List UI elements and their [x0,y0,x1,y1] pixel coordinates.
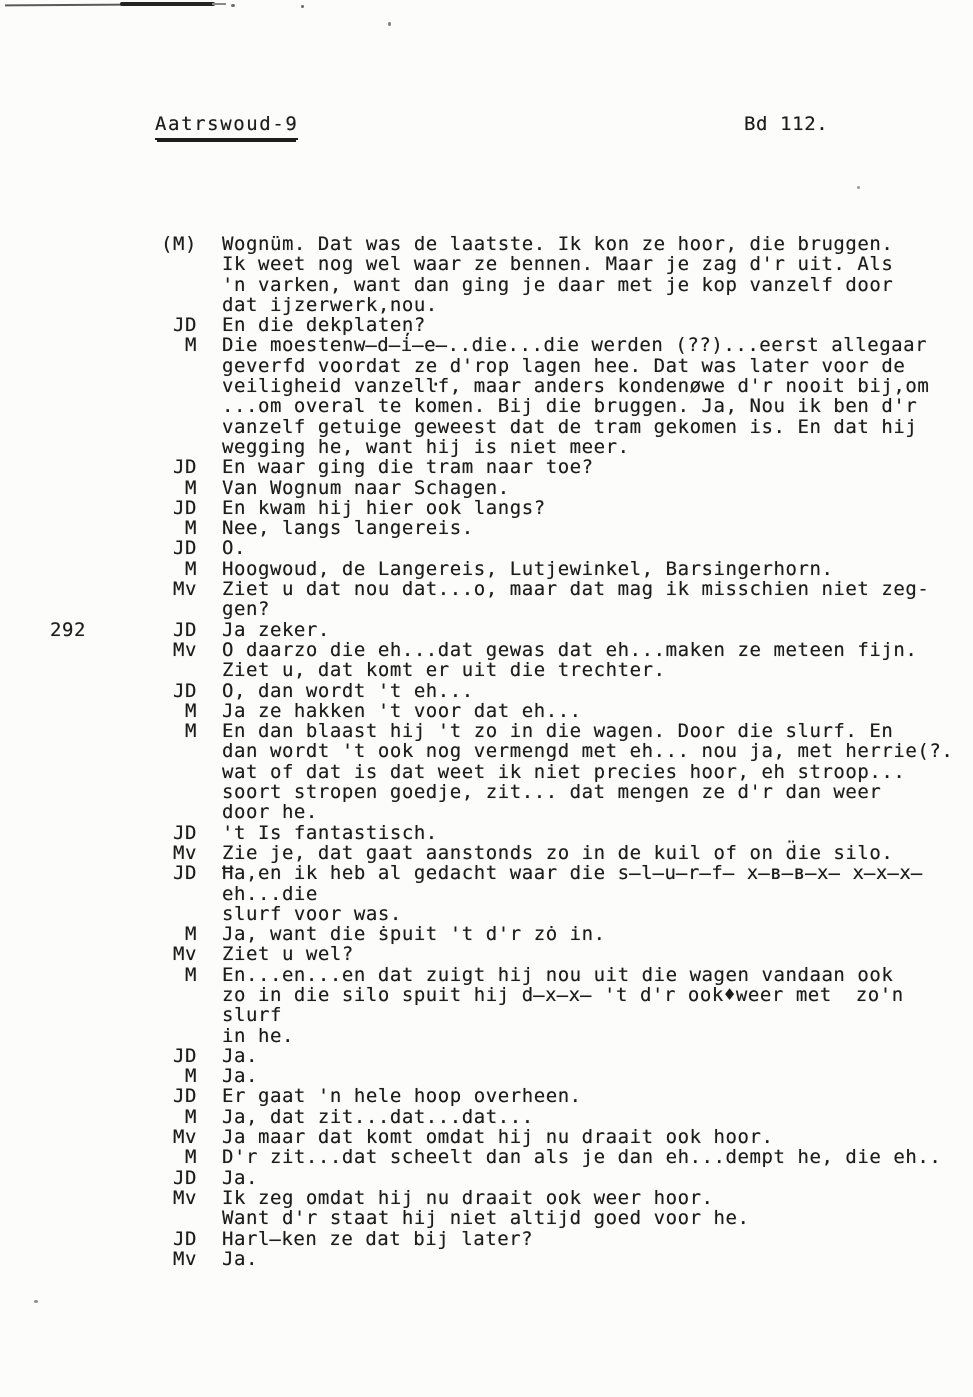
utterance-text: D'r zit...dat scheelt dan als je dan eh.… [197,1147,969,1167]
speaker-label: (M) [105,234,197,254]
transcript-entry: MEn dan blaast hij 't zo in die wagen. D… [50,721,969,822]
speaker-label: Mv [105,1127,197,1147]
transcript-entry: JDO, dan wordt 't eh... [50,681,969,701]
transcript-entry: JDHarl̶ken ze dat bij later? [50,1229,969,1249]
speaker-label: M [105,965,197,985]
transcript-entry: MvIk zeg omdat hij nu draait ook weer ho… [50,1188,969,1229]
transcript-entry: MD'r zit...dat scheelt dan als je dan eh… [50,1147,969,1167]
transcript-entry: MvZie je, dat gaat aanstonds zo in de ku… [50,843,969,863]
utterance-text: Ziet u dat nou dat...o, maar dat mag ik … [197,579,969,620]
utterance-text: En die dekplateņ? [197,315,969,335]
speaker-label: Mv [105,640,197,660]
band-reference: Bd 112. [744,113,828,135]
transcript-entry: MJa, want die ṡpuit 't d'r zȯ in. [50,924,969,944]
transcript-entry: MJa. [50,1066,969,1086]
utterance-text: O. [197,538,969,558]
speaker-label: Mv [105,843,197,863]
speaker-label: JD [105,498,197,518]
transcript-body: (M)Wognüm. Dat was de laatste. Ik kon ze… [50,234,969,1269]
transcript-entry: JDJa. [50,1168,969,1188]
scan-speck [388,22,391,26]
speaker-label: M [105,518,197,538]
speaker-label: JD [105,1046,197,1066]
transcript-entry: MEn...en...en dat zuigt hij nou uit die … [50,965,969,1046]
utterance-text: Harl̶ken ze dat bij later? [197,1229,969,1249]
utterance-text: Ħa,en ik heb al gedacht waar die s̶l̶u̶r… [197,863,969,924]
transcript-entry: 292JDJa zeker. [50,620,969,640]
transcript-entry: JD't Is fantastisch. [50,823,969,843]
transcript-entry: MvJa maar dat komt omdat hij nu draait o… [50,1127,969,1147]
transcript-entry: JDEn waar ging die tram naar toe? [50,457,969,477]
speaker-label: JD [105,538,197,558]
utterance-text: Die moestenw̶d̶i̶e̶..die...die werden (?… [197,335,969,457]
utterance-text: Ja. [197,1046,969,1066]
speaker-label: Mv [105,1249,197,1269]
margin-page-number: 292 [50,620,105,640]
utterance-text: Zie je, dat gaat aanstonds zo in de kuil… [197,843,969,863]
speaker-label: Mv [105,1188,197,1208]
utterance-text: Hoogwoud, de Langereis, Lutjewinkel, Bar… [197,559,969,579]
utterance-text: En...en...en dat zuigt hij nou uit die w… [197,965,969,1046]
speaker-label: JD [105,1168,197,1188]
speaker-label: JD [105,1086,197,1106]
document-title: Aatrswoud-9 [155,113,298,140]
utterance-text: En waar ging die tram naar toe? [197,457,969,477]
speaker-label: M [105,701,197,721]
speaker-label: JD [105,1229,197,1249]
utterance-text: Van Wognum naar Schagen. [197,478,969,498]
speaker-label: Mv [105,579,197,599]
speaker-label: JD [105,863,197,883]
scan-smudge-line [5,4,125,7]
utterance-text: Nee, langs langereis. [197,518,969,538]
transcript-entry: JDO. [50,538,969,558]
utterance-text: Ziet u wel? [197,944,969,964]
transcript-entry: MvO daarzo die eh...dat gewas dat eh...m… [50,640,969,681]
transcript-entry: MvZiet u wel? [50,944,969,964]
speaker-label: M [105,559,197,579]
transcript-entry: MHoogwoud, de Langereis, Lutjewinkel, Ba… [50,559,969,579]
utterance-text: Ja, want die ṡpuit 't d'r zȯ in. [197,924,969,944]
utterance-text: Ja zeker. [197,620,969,640]
utterance-text: O daarzo die eh...dat gewas dat eh...mak… [197,640,969,681]
transcript-entry: JDJa. [50,1046,969,1066]
utterance-text: Ja maar dat komt omdat hij nu draait ook… [197,1127,969,1147]
speaker-label: JD [105,620,197,640]
transcript-entry: JDEn kwam hij hier ook langs? [50,498,969,518]
utterance-text: Wognüm. Dat was de laatste. Ik kon ze ho… [197,234,969,315]
transcript-entry: MvZiet u dat nou dat...o, maar dat mag i… [50,579,969,620]
scan-speck [231,4,235,7]
utterance-text: Ja. [197,1168,969,1188]
speaker-label: JD [105,457,197,477]
transcript-entry: MJa, dat zit...dat...dat... [50,1107,969,1127]
speaker-label: M [105,335,197,355]
speaker-label: Mv [105,944,197,964]
speaker-label: M [105,1107,197,1127]
transcript-entry: JDEn die dekplateņ? [50,315,969,335]
utterance-text: En kwam hij hier ook langs? [197,498,969,518]
speaker-label: M [105,1147,197,1167]
transcript-entry: MVan Wognum naar Schagen. [50,478,969,498]
utterance-text: Ik zeg omdat hij nu draait ook weer hoor… [197,1188,969,1229]
speaker-label: M [105,478,197,498]
speaker-label: M [105,1066,197,1086]
scan-speck [857,186,860,189]
utterance-text: O, dan wordt 't eh... [197,681,969,701]
transcript-entry: MNee, langs langereis. [50,518,969,538]
speaker-label: JD [105,681,197,701]
scan-smudge-dash [212,3,226,5]
utterance-text: Er gaat 'n hele hoop overheen. [197,1086,969,1106]
transcript-entry: JDĦa,en ik heb al gedacht waar die s̶l̶u… [50,863,969,924]
utterance-text: Ja ze hakken 't voor dat eh... [197,701,969,721]
transcript-entry: (M)Wognüm. Dat was de laatste. Ik kon ze… [50,234,969,315]
scan-smudge-bar [120,2,215,6]
utterance-text: Ja, dat zit...dat...dat... [197,1107,969,1127]
utterance-text: En dan blaast hij 't zo in die wagen. Do… [197,721,969,822]
transcript-entry: JDEr gaat 'n hele hoop overheen. [50,1086,969,1106]
speaker-label: JD [105,823,197,843]
transcript-entry: MJa ze hakken 't voor dat eh... [50,701,969,721]
speaker-label: M [105,721,197,741]
speaker-label: M [105,924,197,944]
utterance-text: Ja. [197,1249,969,1269]
transcript-entry: MDie moestenw̶d̶i̶e̶..die...die werden (… [50,335,969,457]
utterance-text: Ja. [197,1066,969,1086]
scan-speck [34,1300,38,1303]
utterance-text: 't Is fantastisch. [197,823,969,843]
transcript-entry: MvJa. [50,1249,969,1269]
scan-speck [301,5,304,8]
speaker-label: JD [105,315,197,335]
scanned-transcript-page: Aatrswoud-9 Bd 112. (M)Wognüm. Dat was d… [0,0,973,1397]
